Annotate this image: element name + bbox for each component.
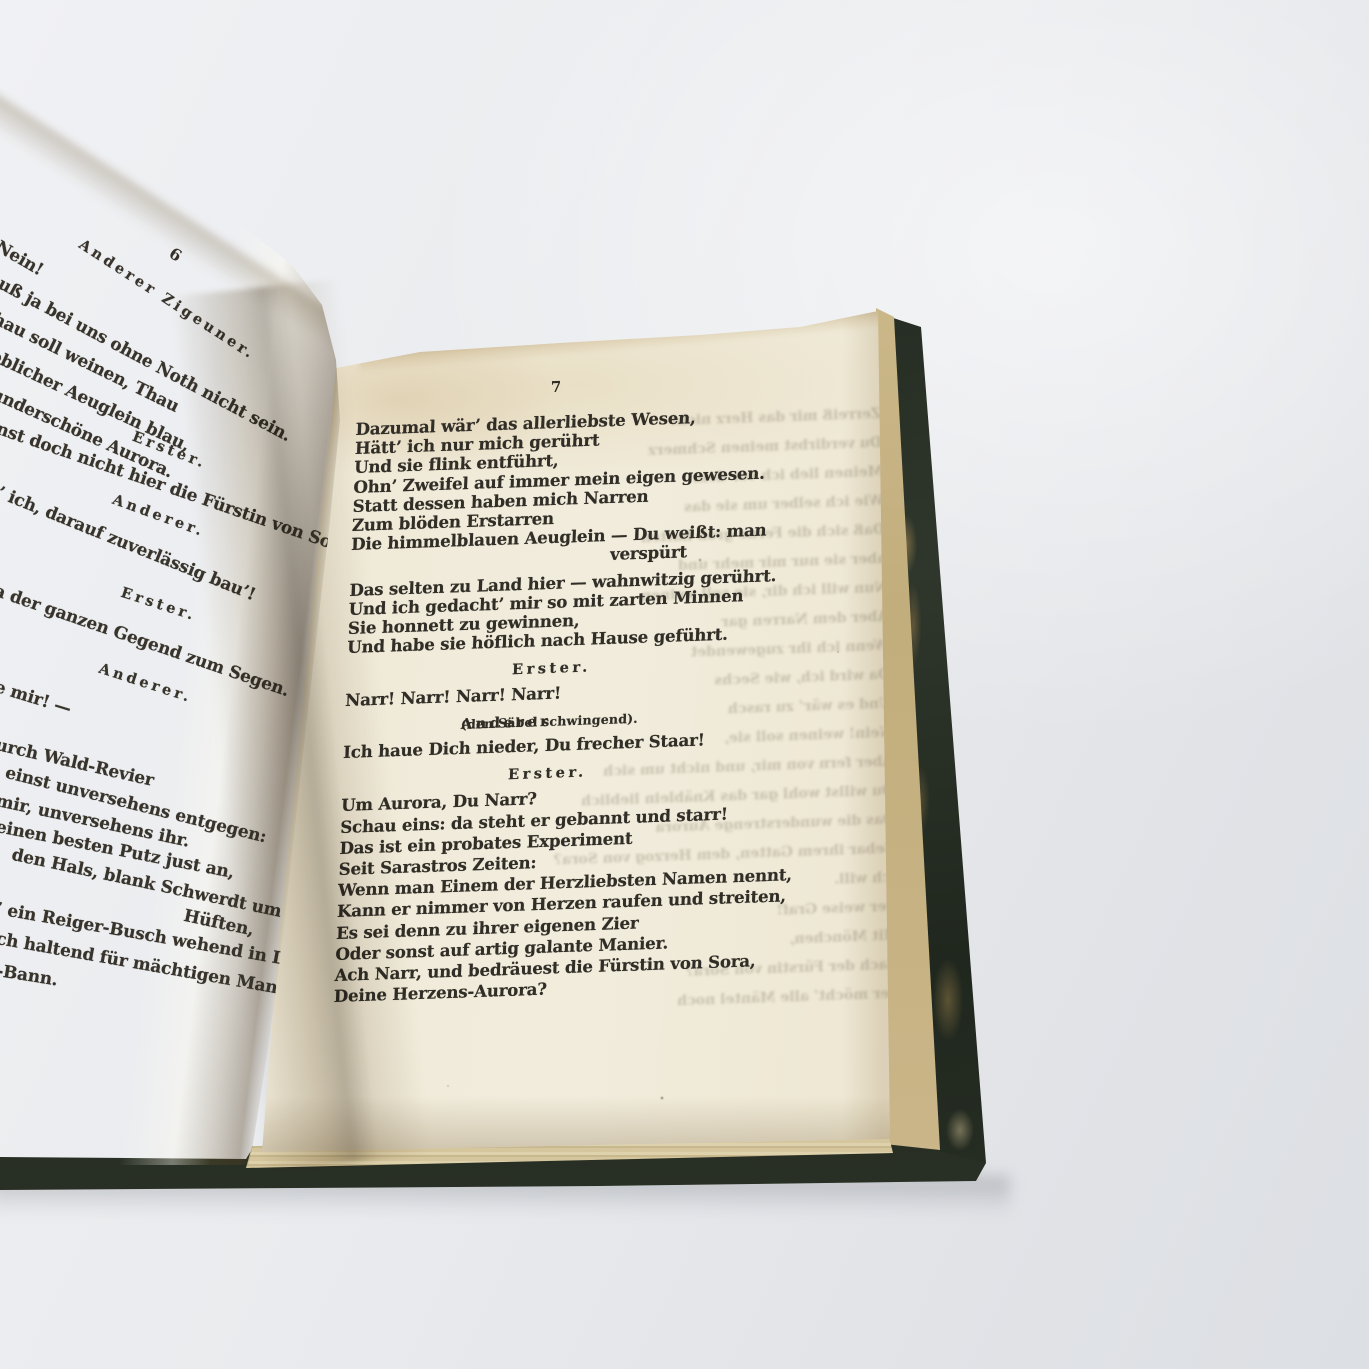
speaker-name: Anderer (461, 712, 552, 734)
right-page-top-edge-toning (358, 303, 893, 374)
photo-open-antique-book: Zerreiß mir das Herz nicht Du verdirbst … (0, 0, 1369, 1369)
page-number-right: 7 (551, 378, 562, 396)
